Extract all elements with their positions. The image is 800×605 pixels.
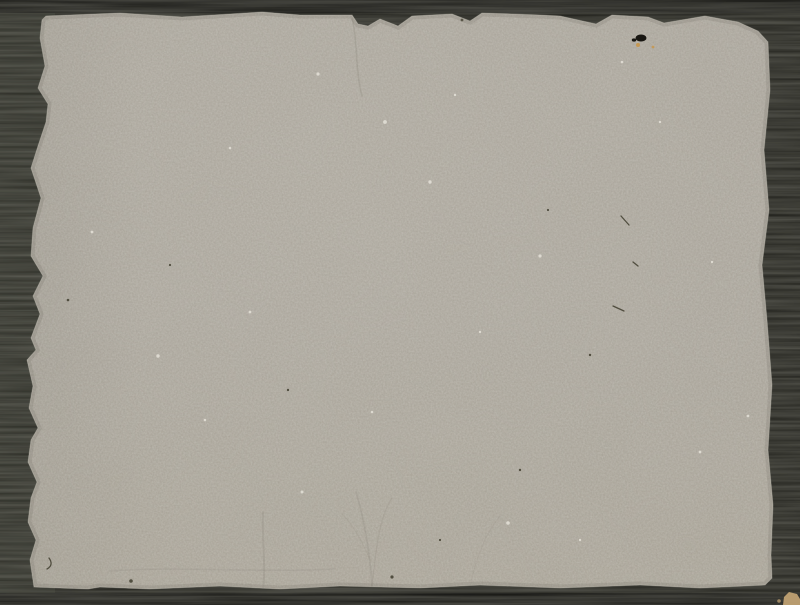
speck — [711, 261, 713, 263]
speck — [129, 579, 133, 583]
speck — [316, 72, 319, 75]
speck — [67, 299, 70, 302]
speck — [659, 121, 661, 123]
paper-finish — [0, 0, 800, 605]
speck — [579, 539, 581, 541]
speck — [204, 419, 207, 422]
paper-sheet — [0, 0, 800, 605]
speck — [621, 61, 624, 64]
speck — [371, 411, 374, 414]
speck — [538, 254, 541, 257]
back-cover-image — [0, 0, 800, 605]
photograph-back-cover — [0, 0, 800, 605]
speck — [506, 521, 510, 525]
speck — [428, 180, 431, 183]
ink-spot — [636, 35, 647, 42]
speck — [519, 469, 521, 471]
speck — [589, 354, 591, 356]
speck — [383, 120, 387, 124]
speck — [439, 539, 441, 541]
speck — [699, 451, 702, 454]
speck — [390, 575, 393, 578]
orange-fleck — [636, 43, 640, 47]
speck — [301, 491, 304, 494]
board-edge-fleck — [652, 46, 655, 49]
worn-corner-fleck — [777, 599, 781, 603]
speck — [156, 354, 159, 357]
paper-grain-dark — [0, 0, 800, 605]
speck — [169, 264, 171, 266]
speck — [229, 147, 232, 150]
speck — [747, 415, 750, 418]
speck — [287, 389, 289, 391]
speck — [454, 94, 456, 96]
speck — [249, 311, 252, 314]
speck — [479, 331, 481, 333]
speck — [547, 209, 549, 211]
speck — [91, 231, 94, 234]
ink-spot-satellite — [632, 38, 636, 41]
